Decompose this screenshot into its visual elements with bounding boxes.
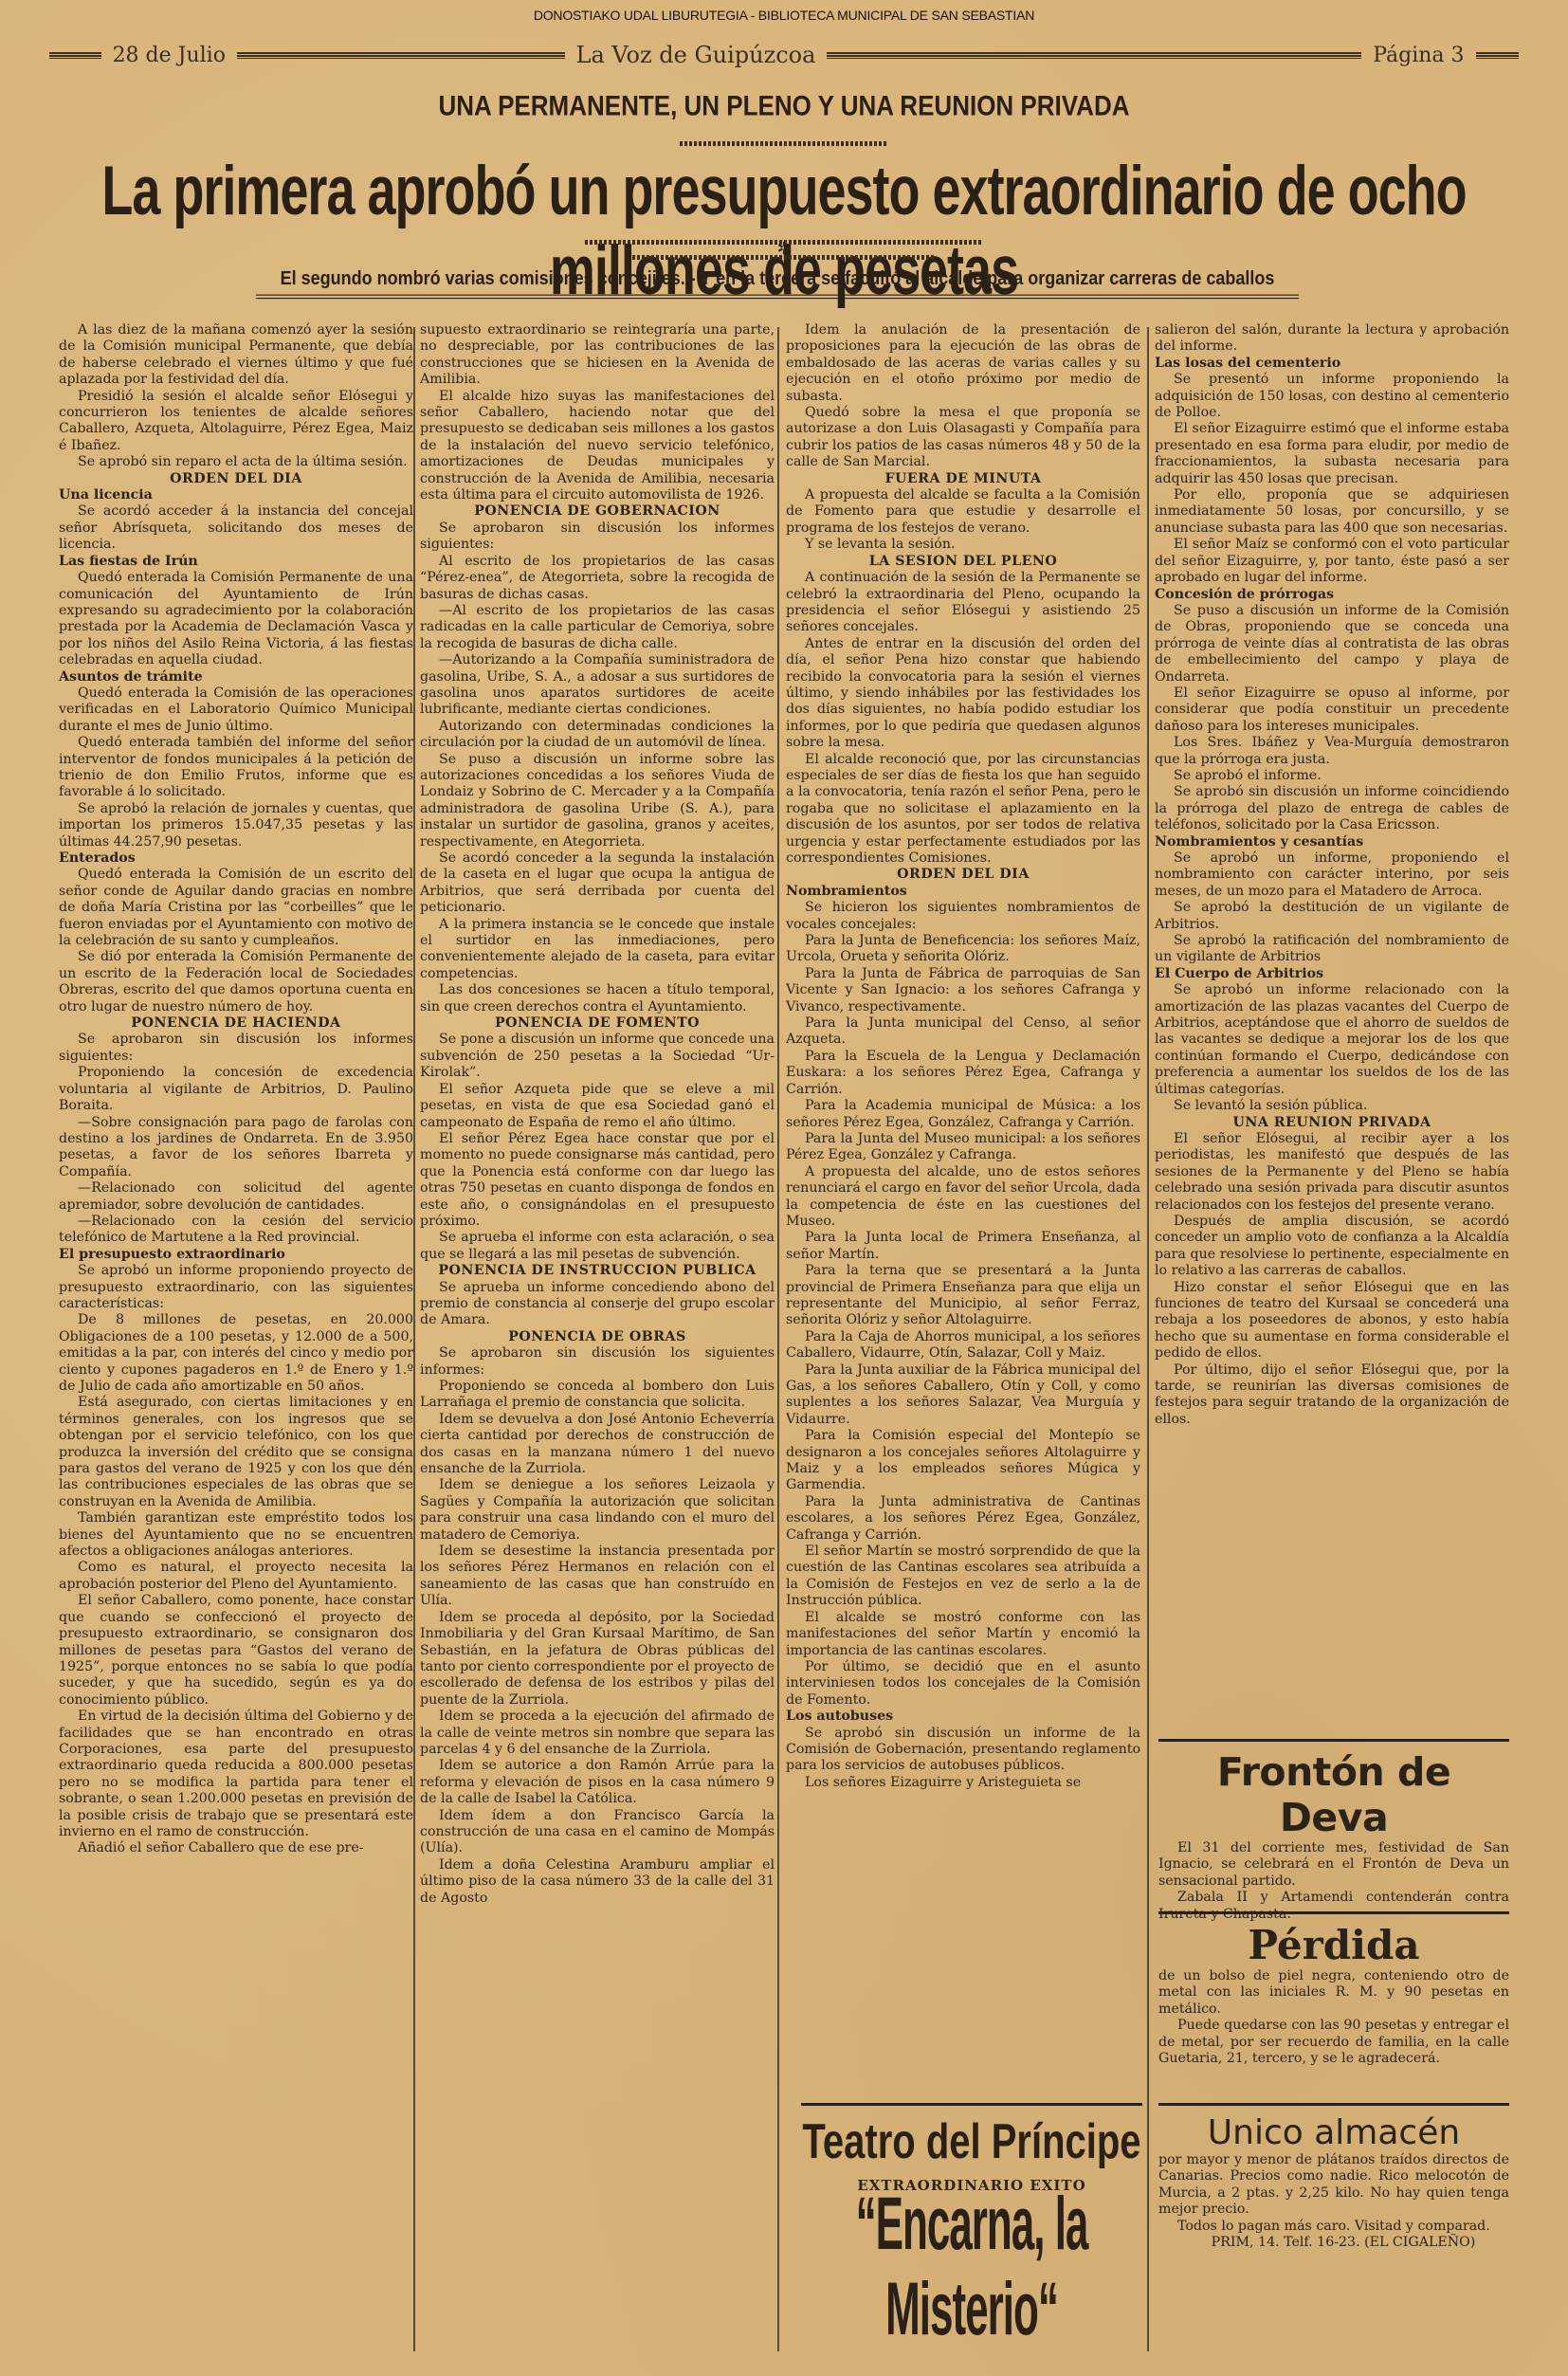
column-divider (1147, 327, 1149, 2351)
paragraph: Añadió el señor Caballero que de ese pre… (59, 1840, 413, 1856)
ad-perdida-body: de un bolso de piel negra, conteniendo o… (1158, 1968, 1509, 2067)
paragraph: Idem a doña Celestina Aramburu ampliar e… (420, 1857, 775, 1907)
paragraph: El señor Elósegui, al recibir ayer a los… (1155, 1131, 1509, 1214)
paragraph: Después de amplia discusión, se acordó c… (1155, 1214, 1509, 1280)
ad-perdida: Pérdida de un bolso de piel negra, conte… (1158, 1904, 1509, 2067)
section-heading: ORDEN DEL DIA (786, 867, 1140, 883)
paragraph: El señor Azqueta pide que se eleve a mil… (420, 1082, 775, 1131)
paragraph: Se aprobó sin reparo el acta de la últim… (59, 454, 413, 470)
subsection-heading: El presupuesto extraordinario (59, 1247, 413, 1263)
paragraph: Presidió la sesión el alcalde señor Elós… (59, 389, 413, 455)
subsection-heading: Nombramientos y cesantías (1155, 834, 1509, 850)
paragraph: Antes de entrar en la discusión del orde… (786, 636, 1140, 752)
ad-teatro-show: “Encarna, la Misterio“ (801, 2183, 1142, 2353)
masthead-rule (237, 52, 565, 59)
paragraph: Se aprobó la relación de jornales y cuen… (59, 801, 413, 850)
paragraph: De 8 millones de pesetas, en 20.000 Obli… (59, 1312, 413, 1395)
paragraph: —Sobre consignación para pago de farolas… (59, 1115, 413, 1181)
section-heading: PONENCIA DE OBRAS (420, 1329, 775, 1345)
paragraph: A continuación de la sesión de la Perman… (786, 570, 1140, 636)
paragraph: Quedó enterada la Comisión Permanente de… (59, 570, 413, 668)
ad-fronton-title: Frontón de Deva (1158, 1749, 1509, 1840)
paragraph: Idem ídem a don Francisco García la cons… (420, 1808, 775, 1857)
paragraph: Se aprueba un informe concediendo abono … (420, 1280, 775, 1329)
paragraph: Para la Junta del Museo municipal: a los… (786, 1131, 1140, 1164)
paragraph: Se aprobaron sin discusión los informes … (420, 521, 775, 554)
paragraph: Quedó enterada también del informe del s… (59, 735, 413, 801)
ad-fronton-deva: Frontón de Deva El 31 del corriente mes,… (1158, 1731, 1509, 1923)
paragraph: A propuesta del alcalde se faculta a la … (786, 487, 1140, 537)
archive-label: DONOSTIAKO UDAL LIBURUTEGIA - BIBLIOTECA… (0, 8, 1568, 23)
ornament-rule (0, 132, 1568, 150)
ad-perdida-text: Puede quedarse con las 90 pesetas y entr… (1158, 2018, 1509, 2067)
paragraph: Se aprobó el informe. (1155, 768, 1509, 784)
subsection-heading: Enterados (59, 850, 413, 867)
ad-almacen-address: PRIM, 14. Telf. 16-23. (EL CIGALEÑO) (1158, 2235, 1509, 2251)
section-heading: PONENCIA DE FOMENTO (420, 1015, 775, 1032)
ad-almacen-text: por mayor y menor de plátanos traídos di… (1158, 2152, 1509, 2219)
paragraph: Se aprobó un informe relacionado con la … (1155, 982, 1509, 1098)
paragraph: El alcalde se mostró conforme con las ma… (786, 1610, 1140, 1659)
paragraph: Se aprobó un informe, proponiendo el nom… (1155, 850, 1509, 900)
paragraph: Para la Comisión especial del Montepío s… (786, 1428, 1140, 1494)
paragraph: Los señores Eizaguirre y Aristeguieta se (786, 1775, 1140, 1791)
ad-perdida-text: de un bolso de piel negra, conteniendo o… (1158, 1968, 1509, 2018)
paragraph: Por ello, proponía que se adquiriesen in… (1155, 487, 1509, 537)
article-column-3: Idem la anulación de la presentación de … (786, 322, 1140, 1791)
ad-teatro-title: Teatro del Príncipe (801, 2114, 1142, 2170)
paragraph: Se puso a discusión un informe de la Com… (1155, 603, 1509, 685)
paragraph: Se aprobó la ratificación del nombramien… (1155, 933, 1509, 966)
paragraph: Quedó sobre la mesa el que proponía se a… (786, 405, 1140, 471)
paragraph: Hizo constar el señor Elósegui que en la… (1155, 1280, 1509, 1362)
paragraph: El señor Eizaguirre se opuso al informe,… (1155, 685, 1509, 735)
paragraph: Los Sres. Ibáñez y Vea-Murguía demostrar… (1155, 735, 1509, 768)
ad-fronton-text: El 31 del corriente mes, festividad de S… (1158, 1840, 1509, 1890)
paragraph: Se aprobaron sin discusión los informes … (59, 1032, 413, 1065)
subsection-heading: Las fiestas de Irún (59, 554, 413, 570)
masthead-rule (49, 52, 101, 59)
paragraph: Para la Junta municipal del Censo, al se… (786, 1015, 1140, 1049)
paragraph: —Al escrito de los propietarios de las c… (420, 603, 775, 652)
ad-almacen-title: Unico almacén (1158, 2113, 1509, 2152)
paragraph: Proponiendo la concesión de excedencia v… (59, 1065, 413, 1114)
paragraph: Se aprobó la destitución de un vigilante… (1155, 900, 1509, 933)
subsection-heading: Las losas del cementerio (1155, 356, 1509, 372)
paragraph: Quedó enterada la Comisión de un escrito… (59, 867, 413, 949)
paragraph: Al escrito de los propietarios de las ca… (420, 554, 775, 603)
paragraph: Idem se desestime la instancia presentad… (420, 1544, 775, 1610)
paragraph: —Autorizando a la Compañía suministrador… (420, 652, 775, 719)
paragraph: supuesto extraordinario se reintegraría … (420, 322, 775, 389)
paragraph: El señor Maíz se conformó con el voto pa… (1155, 537, 1509, 586)
masthead-rule (1476, 52, 1519, 59)
paragraph: —Relacionado con solicitud del agente ap… (59, 1180, 413, 1214)
paragraph: Se acordó acceder á la instancia del con… (59, 503, 413, 553)
paragraph: Para la Escuela de la Lengua y Declamaci… (786, 1049, 1140, 1098)
ad-almacen-text: Todos lo pagan más caro. Visitad y compa… (1158, 2219, 1509, 2235)
subsection-heading: Los autobuses (786, 1709, 1140, 1725)
subheadline: El segundo nombró varias comisiones conc… (256, 267, 1299, 299)
newspaper-name: La Voz de Guipúzcoa (565, 42, 828, 68)
paragraph: Para la Junta de Beneficencia: los señor… (786, 933, 1140, 966)
paragraph: Se levantó la sesión pública. (1155, 1098, 1509, 1114)
paragraph: El señor Caballero, como ponente, hace c… (59, 1593, 413, 1709)
paragraph: Se pone a discusión un informe que conce… (420, 1032, 775, 1081)
paragraph: Se presentó un informe proponiendo la ad… (1155, 372, 1509, 421)
kicker: UNA PERMANENTE, UN PLENO Y UNA REUNION P… (0, 89, 1568, 123)
paragraph: Se puso a discusión un informe sobre las… (420, 752, 775, 850)
paragraph: Para la Junta local de Primera Enseñanza… (786, 1230, 1140, 1263)
ad-almacen-body: por mayor y menor de plátanos traídos di… (1158, 2152, 1509, 2251)
paragraph: Idem se autorice a don Ramón Arrúe para … (420, 1758, 775, 1807)
subsection-heading: Nombramientos (786, 884, 1140, 900)
paragraph: Idem la anulación de la presentación de … (786, 322, 1140, 405)
subsection-heading: El Cuerpo de Arbitrios (1155, 966, 1509, 982)
paragraph: El señor Eizaguirre estimó que el inform… (1155, 421, 1509, 487)
ad-unico-almacen: Unico almacén por mayor y menor de pláta… (1158, 2095, 1509, 2251)
paragraph: Las dos concesiones se hacen a título te… (420, 982, 775, 1015)
paragraph: Se hicieron los siguientes nombramientos… (786, 900, 1140, 933)
paragraph: Para la Caja de Ahorros municipal, a los… (786, 1329, 1140, 1362)
paragraph: Idem se devuelva a don José Antonio Eche… (420, 1412, 775, 1478)
subsection-heading: Una licencia (59, 487, 413, 503)
paragraph: A propuesta del alcalde, uno de estos se… (786, 1164, 1140, 1231)
subsection-heading: Asuntos de trámite (59, 669, 413, 685)
paragraph: Para la terna que se presentará a la Jun… (786, 1263, 1140, 1329)
paragraph: Autorizando con determinadas condiciones… (420, 719, 775, 752)
paragraph: Se aprobó un informe proponiendo proyect… (59, 1263, 413, 1312)
masthead: 28 de Julio La Voz de Guipúzcoa Página 3 (49, 42, 1519, 68)
paragraph: Como es natural, el proyecto necesita la… (59, 1560, 413, 1593)
section-heading: FUERA DE MINUTA (786, 471, 1140, 487)
paragraph: Para la Junta auxiliar de la Fábrica mun… (786, 1362, 1140, 1429)
masthead-rule (827, 52, 1361, 59)
article-column-4: salieron del salón, durante la lectura y… (1155, 322, 1509, 1428)
paragraph: Se aprobó sin discusión un informe coinc… (1155, 784, 1509, 833)
paragraph: Se aprobaron sin discusión los siguiente… (420, 1345, 775, 1379)
column-divider (413, 327, 415, 2351)
ornament-rule (0, 246, 1568, 264)
paragraph: Idem se deniegue a los señores Leizaola … (420, 1477, 775, 1544)
paragraph: En virtud de la decisión última del Gobi… (59, 1709, 413, 1840)
paragraph: Por último, dijo el señor Elósegui que, … (1155, 1362, 1509, 1429)
paragraph: Para la Junta de Fábrica de parroquias d… (786, 966, 1140, 1015)
paragraph: El alcalde hizo suyas las manifestacione… (420, 389, 775, 504)
paragraph: Para la Academia municipal de Música: a … (786, 1098, 1140, 1131)
paragraph: Proponiendo se conceda al bombero don Lu… (420, 1379, 775, 1412)
paragraph: Se dió por enterada la Comisión Permanen… (59, 949, 413, 1015)
section-heading: LA SESION DEL PLENO (786, 554, 1140, 570)
paragraph: Se aprueba el informe con esta aclaració… (420, 1230, 775, 1263)
section-heading: ORDEN DEL DIA (59, 471, 413, 487)
paragraph: Quedó enterada la Comisión de las operac… (59, 685, 413, 735)
subsection-heading: Concesión de prórrogas (1155, 587, 1509, 603)
paragraph: Se aprobó sin discusión un informe de la… (786, 1726, 1140, 1775)
section-heading: PONENCIA DE GOBERNACION (420, 503, 775, 520)
paragraph: Y se levanta la sesión. (786, 537, 1140, 553)
paragraph: Por último, se decidió que en el asunto … (786, 1659, 1140, 1709)
paragraph: —Relacionado con la cesión del servicio … (59, 1214, 413, 1247)
paragraph: El señor Pérez Egea hace constar que por… (420, 1131, 775, 1230)
paragraph: Idem se proceda al depósito, por la Soci… (420, 1610, 775, 1709)
paragraph: Para la Junta administrativa de Cantinas… (786, 1494, 1140, 1544)
paragraph: A las diez de la mañana comenzó ayer la … (59, 322, 413, 389)
paragraph: A la primera instancia se le concede que… (420, 917, 775, 983)
paragraph: Se acordó conceder a la segunda la insta… (420, 850, 775, 917)
issue-date: 28 de Julio (101, 44, 237, 67)
section-heading: UNA REUNION PRIVADA (1155, 1115, 1509, 1131)
paragraph: Idem se proceda a la ejecución del afirm… (420, 1709, 775, 1758)
paragraph: salieron del salón, durante la lectura y… (1155, 322, 1509, 356)
column-divider (777, 327, 779, 2351)
ad-teatro-principe: Teatro del Príncipe EXTRAORDINARIO EXITO… (801, 2095, 1142, 2315)
section-heading: PONENCIA DE INSTRUCCION PUBLICA (420, 1263, 775, 1279)
paragraph: También garantizan este empréstito todos… (59, 1510, 413, 1560)
paragraph: El señor Martín se mostró sorprendido de… (786, 1544, 1140, 1610)
page-number: Página 3 (1361, 44, 1475, 67)
ad-perdida-title: Pérdida (1158, 1922, 1509, 1968)
section-heading: PONENCIA DE HACIENDA (59, 1015, 413, 1032)
article-column-1: A las diez de la mañana comenzó ayer la … (59, 322, 413, 1857)
paragraph: El alcalde reconoció que, por las circun… (786, 752, 1140, 868)
paragraph: Está asegurado, con ciertas limitaciones… (59, 1395, 413, 1510)
article-column-2: supuesto extraordinario se reintegraría … (420, 322, 775, 1907)
